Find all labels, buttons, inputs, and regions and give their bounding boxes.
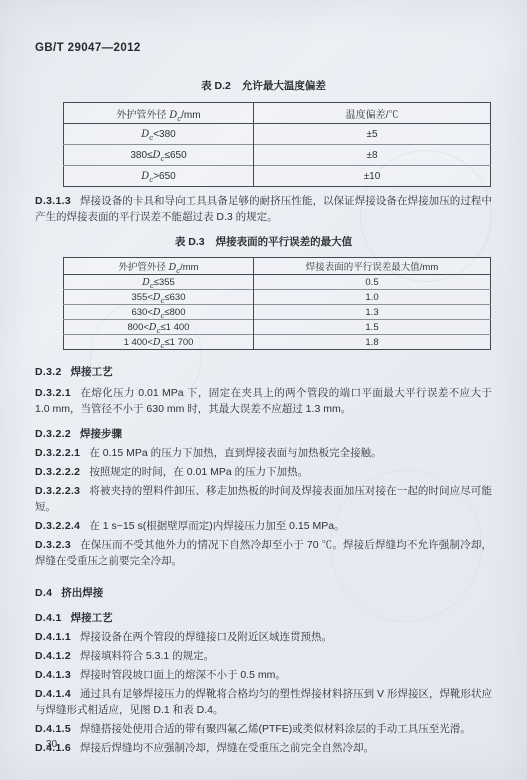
- page-number: 30: [46, 739, 57, 750]
- clause-paragraph: D.4.1.5焊缝搭接处使用合适的带有聚四氟乙烯(PTFE)或类似材料涂层的手动…: [35, 721, 492, 737]
- table-cell-value: 1.0: [254, 290, 491, 305]
- table-d2-caption: 表 D.2允许最大温度偏差: [35, 78, 492, 93]
- table-header-cell-max-error: 焊接表面的平行误差最大值/mm: [254, 258, 491, 275]
- section-heading-title: 焊接工艺: [71, 366, 113, 378]
- clause-paragraph: D.3.2.2.2按照规定的时间，在 0.01 MPa 的压力下加热。: [35, 464, 492, 480]
- page-content: GB/T 29047—2012 表 D.2允许最大温度偏差 外护管外径 Dc/m…: [0, 0, 527, 756]
- table-row: 355<Dc≤630 1.0: [64, 290, 491, 305]
- table-cell-value: ±10: [254, 166, 491, 187]
- table-cell-value: ±8: [254, 145, 491, 166]
- table-cell-range: 1 400<Dc≤1 700: [64, 335, 254, 350]
- clause-text: 在熔化压力 0.01 MPa 下，固定在夹具上的两个管段的端口平面最大平行误差不…: [35, 387, 492, 415]
- clause-number: D.3.2.2.3: [35, 485, 80, 497]
- diameter-symbol: D: [153, 307, 161, 318]
- table-cell-range: 380≤Dc≤650: [64, 145, 254, 166]
- table-cell-value: 1.5: [254, 320, 491, 335]
- clause-text: 焊接后焊缝均不应强制冷却，焊缝在受重压之前完全自然冷却。: [80, 742, 374, 754]
- clause-paragraph: D.4.1.3焊接时管段坡口面上的熔深不小于 0.5 mm。: [35, 667, 492, 683]
- table-row: Dc≤355 0.5: [64, 275, 491, 290]
- clause-paragraph: D.3.1.3焊接设备的卡具和导向工具具备足够的耐挤压性能，以保证焊接设备在焊接…: [35, 193, 492, 225]
- clause-paragraph: D.4.1.6焊接后焊缝均不应强制冷却，焊缝在受重压之前完全自然冷却。: [35, 740, 492, 756]
- clause-text: 通过具有足够焊接压力的焊靴将合格均匀的塑性焊接材料挤压到 V 形焊接区，焊靴形状…: [35, 688, 492, 716]
- table-cell-range: 630<Dc≤800: [64, 305, 254, 320]
- section-heading: D.3.2焊接工艺: [35, 364, 492, 379]
- clause-number: D.4.1.3: [35, 669, 71, 681]
- clause-paragraph: D.4.1.2焊接填料符合 5.3.1 的规定。: [35, 648, 492, 664]
- clause-text: 焊接填料符合 5.3.1 的规定。: [80, 650, 214, 662]
- table-row: Dc>650 ±10: [64, 166, 491, 187]
- clause-text: 将被夹持的塑料件卸压、移走加热板的时间及焊接表面加压对接在一起的时间应尽可能短。: [35, 485, 492, 513]
- standard-number-header: GB/T 29047—2012: [35, 42, 492, 54]
- clause-number: D.3.2.1: [35, 387, 71, 399]
- clause-paragraph: D.4.1.4通过具有足够焊接压力的焊靴将合格均匀的塑性焊接材料挤压到 V 形焊…: [35, 686, 492, 718]
- clause-paragraph: D.3.2.1在熔化压力 0.01 MPa 下，固定在夹具上的两个管段的端口平面…: [35, 385, 492, 417]
- table-cell-range: Dc≤355: [64, 275, 254, 290]
- diameter-symbol: D: [142, 277, 150, 288]
- clause-number: D.4: [35, 587, 52, 599]
- clause-number: D.3.2.2: [35, 428, 71, 440]
- clause-text: 在保压而不受其他外力的情况下自然冷却至小于 70 ℃。焊接后焊缝均不允许强制冷却…: [35, 539, 492, 567]
- clause-text: 在 0.15 MPa 的压力下加热，直到焊接表面与加热板完全接触。: [89, 447, 381, 459]
- temperature-deviation-table: 外护管外径 Dc/mm 温度偏差/℃ Dc<380 ±5 380≤Dc≤650 …: [63, 102, 491, 187]
- table-d3-caption: 表 D.3焊接表面的平行误差的最大值: [35, 234, 492, 249]
- diameter-symbol: D: [153, 150, 161, 161]
- diameter-symbol: D: [153, 292, 161, 303]
- table-row: 1 400<Dc≤1 700 1.8: [64, 335, 491, 350]
- clause-number: D.4.1.4: [35, 688, 71, 700]
- table-header-row: 外护管外径 Dc/mm 温度偏差/℃: [64, 103, 491, 124]
- clause-paragraph: D.3.2.3在保压而不受其他外力的情况下自然冷却至小于 70 ℃。焊接后焊缝均…: [35, 537, 492, 569]
- table-row: 630<Dc≤800 1.3: [64, 305, 491, 320]
- table-header-cell-diameter: 外护管外径 Dc/mm: [64, 103, 254, 124]
- table-cell-range: Dc<380: [64, 124, 254, 145]
- section-heading-title: 焊接工艺: [71, 612, 113, 624]
- clause-paragraph: D.4.1.1焊接设备在两个管段的焊缝接口及附近区域连贯预热。: [35, 629, 492, 645]
- table-row: 800<Dc≤1 400 1.5: [64, 320, 491, 335]
- table-cell-value: 1.3: [254, 305, 491, 320]
- table-header-cell-deviation: 温度偏差/℃: [254, 103, 491, 124]
- table-header-cell-diameter: 外护管外径 Dc/mm: [64, 258, 254, 275]
- clause-number: D.3.2.3: [35, 539, 71, 551]
- table-cell-range: 355<Dc≤630: [64, 290, 254, 305]
- clause-number: D.4.1.5: [35, 723, 71, 735]
- clause-paragraph: D.3.2.2.1在 0.15 MPa 的压力下加热，直到焊接表面与加热板完全接…: [35, 445, 492, 461]
- table-header-row: 外护管外径 Dc/mm 焊接表面的平行误差最大值/mm: [64, 258, 491, 275]
- table-caption-label: 表 D.2: [201, 80, 231, 92]
- diameter-symbol: D: [169, 110, 177, 121]
- clause-paragraph: D.3.2.2.3将被夹持的塑料件卸压、移走加热板的时间及焊接表面加压对接在一起…: [35, 483, 492, 515]
- clause-number: D.3.2.2.4: [35, 520, 80, 532]
- table-cell-range: Dc>650: [64, 166, 254, 187]
- clause-paragraph: D.3.2.2.4在 1 s~15 s(根据壁厚而定)内焊接压力加至 0.15 …: [35, 518, 492, 534]
- section-heading: D.3.2.2焊接步骤: [35, 426, 492, 441]
- table-row: Dc<380 ±5: [64, 124, 491, 145]
- table-caption-label: 表 D.3: [175, 236, 205, 248]
- table-caption-title: 允许最大温度偏差: [242, 80, 326, 92]
- clause-number: D.3.2.2.2: [35, 466, 80, 478]
- clause-text: 焊接设备在两个管段的焊缝接口及附近区域连贯预热。: [80, 631, 332, 643]
- clause-number: D.4.1: [35, 612, 62, 624]
- clause-number: D.4.1.1: [35, 631, 71, 643]
- parallel-error-table: 外护管外径 Dc/mm 焊接表面的平行误差最大值/mm Dc≤355 0.5 3…: [63, 257, 491, 350]
- diameter-symbol: D: [149, 322, 157, 333]
- clause-text: 焊缝搭接处使用合适的带有聚四氟乙烯(PTFE)或类似材料涂层的手动工具压至光滑。: [80, 723, 471, 735]
- table-cell-value: 0.5: [254, 275, 491, 290]
- clause-number: D.3.2: [35, 366, 62, 378]
- table-cell-range: 800<Dc≤1 400: [64, 320, 254, 335]
- table-row: 380≤Dc≤650 ±8: [64, 145, 491, 166]
- table-cell-value: ±5: [254, 124, 491, 145]
- clause-text: 焊接设备的卡具和导向工具具备足够的耐挤压性能，以保证焊接设备在焊接加压的过程中产…: [35, 195, 492, 223]
- section-heading-title: 挤出焊接: [61, 587, 103, 599]
- clause-number: D.4.1.2: [35, 650, 71, 662]
- clause-number: D.3.1.3: [35, 195, 71, 207]
- clause-text: 按照规定的时间，在 0.01 MPa 的压力下加热。: [89, 466, 308, 478]
- section-heading-title: 焊接步骤: [80, 428, 122, 440]
- scanned-document-page: GB/T 29047—2012 表 D.2允许最大温度偏差 外护管外径 Dc/m…: [0, 0, 527, 780]
- table-caption-title: 焊接表面的平行误差的最大值: [216, 236, 353, 248]
- clause-number: D.3.2.2.1: [35, 447, 80, 459]
- clause-text: 焊接时管段坡口面上的熔深不小于 0.5 mm。: [80, 669, 286, 681]
- section-heading: D.4.1焊接工艺: [35, 610, 492, 625]
- section-heading: D.4挤出焊接: [35, 585, 492, 600]
- clause-text: 在 1 s~15 s(根据壁厚而定)内焊接压力加至 0.15 MPa。: [89, 520, 344, 532]
- table-cell-value: 1.8: [254, 335, 491, 350]
- diameter-symbol: D: [153, 337, 161, 348]
